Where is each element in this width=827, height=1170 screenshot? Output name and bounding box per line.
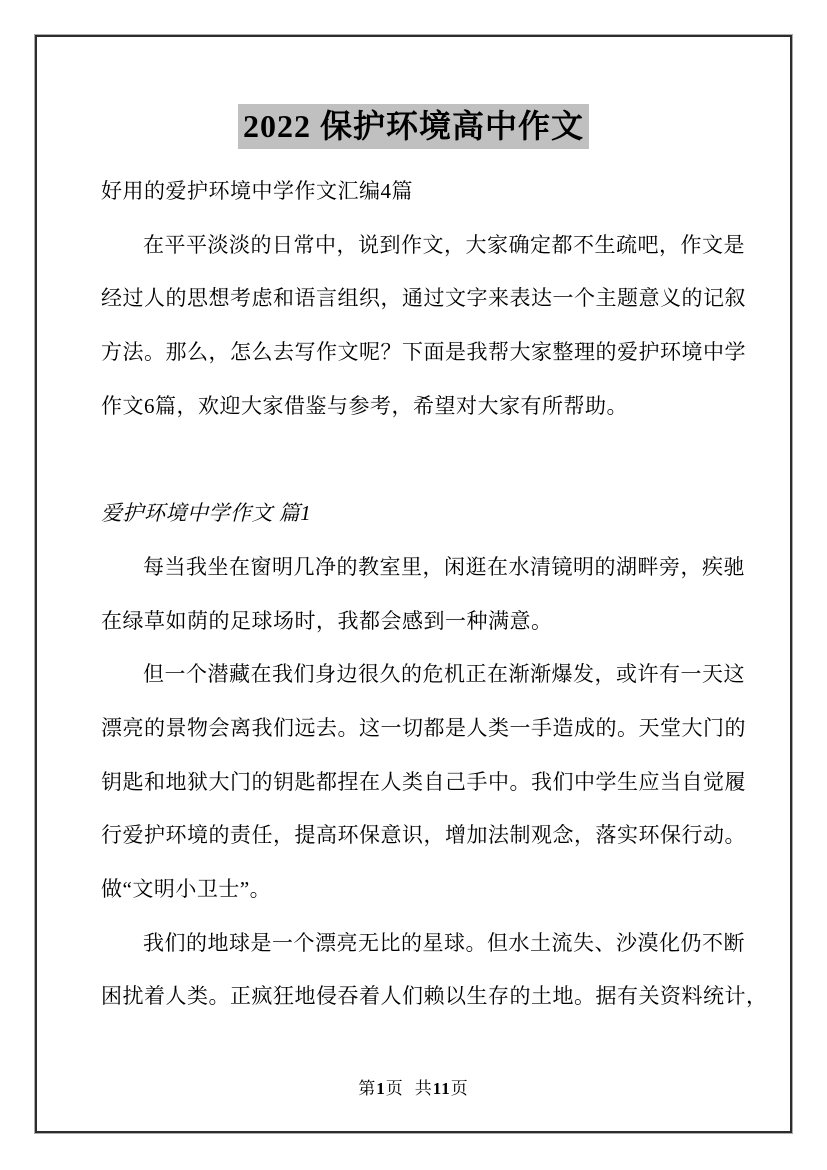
blank-line — [101, 433, 737, 487]
essay-paragraph-2-line: 漂亮的景物会离我们远去。这一切都是人类一手造成的。天堂大门的 — [101, 702, 737, 756]
essay-paragraph-2-line: 行爱护环境的责任，提高环保意识，增加法制观念，落实环保行动。 — [101, 809, 737, 863]
footer-current-page-number: 1 — [376, 1079, 386, 1098]
essay-paragraph-2-line: 做“文明小卫士”。 — [101, 863, 737, 917]
page-footer: 第1页共11页 — [37, 1074, 790, 1099]
essay-paragraph-1-line: 在绿草如荫的足球场时，我都会感到一种满意。 — [101, 595, 737, 649]
intro-paragraph-line: 在平平淡淡的日常中，说到作文，大家确定都不生疏吧，作文是 — [101, 219, 737, 273]
title-highlight: 2022 保护环境高中作文 — [238, 104, 589, 149]
essay-paragraph-3-line: 困扰着人类。正疯狂地侵吞着人们赖以生存的土地。据有关资料统计， — [101, 970, 737, 1024]
document-title: 2022 保护环境高中作文 — [37, 101, 790, 147]
intro-paragraph-line: 经过人的思想考虑和语言组织，通过文字来表达一个主题意义的记叙 — [101, 272, 737, 326]
intro-paragraph-line: 方法。那么，怎么去写作文呢？下面是我帮大家整理的爱护环境中学 — [101, 326, 737, 380]
footer-label-total-unit: 页 — [451, 1079, 469, 1098]
footer-total-pages-number: 11 — [433, 1079, 451, 1098]
document-canvas: 2022 保护环境高中作文 好用的爱护环境中学作文汇编4篇在平平淡淡的日常中，说… — [0, 0, 827, 1170]
essay-paragraph-2-line: 钥匙和地狱大门的钥匙都捏在人类自己手中。我们中学生应当自觉履 — [101, 756, 737, 810]
document-body: 好用的爱护环境中学作文汇编4篇在平平淡淡的日常中，说到作文，大家确定都不生疏吧，… — [101, 165, 737, 1024]
footer-label-page-prefix: 第 — [358, 1079, 376, 1098]
collection-subtitle-line: 好用的爱护环境中学作文汇编4篇 — [101, 165, 737, 219]
essay-paragraph-1-line: 每当我坐在窗明几净的教室里，闲逛在水清镜明的湖畔旁，疾驰 — [101, 541, 737, 595]
footer-label-page-unit: 页 — [386, 1079, 404, 1098]
footer-label-total: 共 — [415, 1079, 433, 1098]
intro-paragraph-line: 作文6篇，欢迎大家借鉴与参考，希望对大家有所帮助。 — [101, 380, 737, 434]
document-page: 2022 保护环境高中作文 好用的爱护环境中学作文汇编4篇在平平淡淡的日常中，说… — [35, 35, 792, 1133]
essay-paragraph-3-line: 我们的地球是一个漂亮无比的星球。但水土流失、沙漠化仍不断 — [101, 917, 737, 971]
essay-paragraph-2-line: 但一个潜藏在我们身边很久的危机正在渐渐爆发，或许有一天这 — [101, 648, 737, 702]
section-heading-line: 爱护环境中学作文 篇1 — [101, 487, 737, 541]
